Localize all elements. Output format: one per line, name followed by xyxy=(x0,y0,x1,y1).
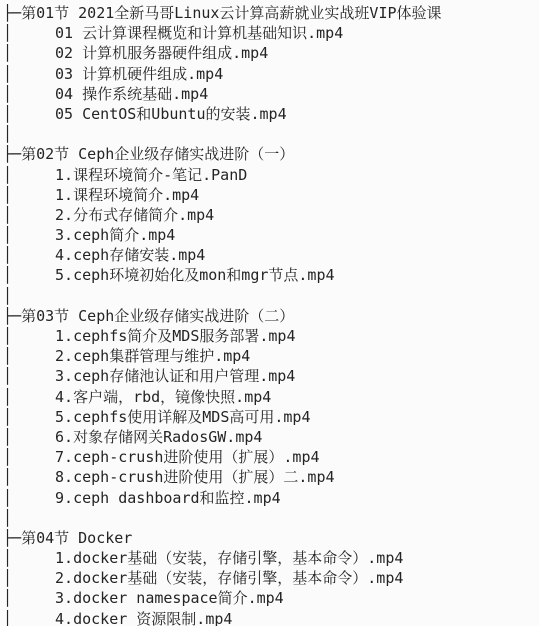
tree-vertical-icon: │ xyxy=(3,588,12,608)
file-name: 4.ceph存储安装.mp4 xyxy=(12,245,205,265)
tree-item: │7.ceph-crush进阶使用（扩展）.mp4 xyxy=(3,447,539,467)
tree-item: │1.cephfs简介及MDS服务部署.mp4 xyxy=(3,326,539,346)
tree-spacer: │ xyxy=(3,124,539,144)
tree-vertical-icon: │ xyxy=(3,124,12,144)
tree-branch-icon: ├─ xyxy=(3,144,21,164)
tree-vertical-icon: │ xyxy=(3,548,12,568)
tree-item: │05 CentOS和Ubuntu的安装.mp4 xyxy=(3,104,539,124)
file-name: 01 云计算课程概览和计算机基础知识.mp4 xyxy=(12,23,343,43)
tree-section-header: ├─第03节 Ceph企业级存储实战进阶（二） xyxy=(3,306,539,326)
tree-branch-icon: ├─ xyxy=(3,306,21,326)
tree-spacer: │ xyxy=(3,286,539,306)
tree-item: │03 计算机硬件组成.mp4 xyxy=(3,64,539,84)
file-name: 4.docker 资源限制.mp4 xyxy=(12,609,232,626)
tree-item: │4.客户端，rbd，镜像快照.mp4 xyxy=(3,387,539,407)
file-name: 2.ceph集群管理与维护.mp4 xyxy=(12,346,250,366)
file-name: 04 操作系统基础.mp4 xyxy=(12,84,208,104)
tree-vertical-icon: │ xyxy=(3,609,12,626)
section-label: 第03节 Ceph企业级存储实战进阶（二） xyxy=(21,306,294,326)
tree-vertical-icon: │ xyxy=(3,286,12,306)
tree-vertical-icon: │ xyxy=(3,346,12,366)
tree-item: │1.课程环境简介.mp4 xyxy=(3,185,539,205)
file-name: 1.课程环境简介-笔记.PanD xyxy=(12,165,247,185)
tree-vertical-icon: │ xyxy=(3,205,12,225)
tree-vertical-icon: │ xyxy=(3,104,12,124)
tree-item: │5.cephfs使用详解及MDS高可用.mp4 xyxy=(3,407,539,427)
tree-vertical-icon: │ xyxy=(3,265,12,285)
tree-vertical-icon: │ xyxy=(3,23,12,43)
tree-vertical-icon: │ xyxy=(3,508,12,528)
tree-vertical-icon: │ xyxy=(3,64,12,84)
file-name: 7.ceph-crush进阶使用（扩展）.mp4 xyxy=(12,447,320,467)
tree-item: │6.对象存储网关RadosGW.mp4 xyxy=(3,427,539,447)
file-name: 2.分布式存储简介.mp4 xyxy=(12,205,214,225)
file-name: 1.docker基础（安装，存储引擎，基本命令）.mp4 xyxy=(12,548,403,568)
file-name: 1.cephfs简介及MDS服务部署.mp4 xyxy=(12,326,295,346)
file-name: 03 计算机硬件组成.mp4 xyxy=(12,64,223,84)
tree-item: │4.ceph存储安装.mp4 xyxy=(3,245,539,265)
tree-item: │1.课程环境简介-笔记.PanD xyxy=(3,165,539,185)
tree-vertical-icon: │ xyxy=(3,568,12,588)
tree-section-header: ├─第02节 Ceph企业级存储实战进阶（一） xyxy=(3,144,539,164)
file-name: 3.ceph存储池认证和用户管理.mp4 xyxy=(12,366,295,386)
tree-item: │1.docker基础（安装，存储引擎，基本命令）.mp4 xyxy=(3,548,539,568)
tree-item: │04 操作系统基础.mp4 xyxy=(3,84,539,104)
tree-vertical-icon: │ xyxy=(3,245,12,265)
tree-item: │02 计算机服务器硬件组成.mp4 xyxy=(3,43,539,63)
tree-branch-icon: ├─ xyxy=(3,528,21,548)
file-name: 5.cephfs使用详解及MDS高可用.mp4 xyxy=(12,407,310,427)
tree-item: │3.docker namespace简介.mp4 xyxy=(3,588,539,608)
file-name: 02 计算机服务器硬件组成.mp4 xyxy=(12,43,268,63)
file-name: 4.客户端，rbd，镜像快照.mp4 xyxy=(12,387,271,407)
file-name: 6.对象存储网关RadosGW.mp4 xyxy=(12,427,262,447)
tree-item: │9.ceph dashboard和监控.mp4 xyxy=(3,488,539,508)
tree-item: │2.分布式存储简介.mp4 xyxy=(3,205,539,225)
file-name: 5.ceph环境初始化及mon和mgr节点.mp4 xyxy=(12,265,335,285)
tree-vertical-icon: │ xyxy=(3,165,12,185)
file-name: 2.docker基础（安装，存储引擎，基本命令）.mp4 xyxy=(12,568,403,588)
tree-item: │5.ceph环境初始化及mon和mgr节点.mp4 xyxy=(3,265,539,285)
tree-vertical-icon: │ xyxy=(3,43,12,63)
tree-item: │2.docker基础（安装，存储引擎，基本命令）.mp4 xyxy=(3,568,539,588)
tree-spacer: │ xyxy=(3,508,539,528)
file-name: 8.ceph-crush进阶使用（扩展）二.mp4 xyxy=(12,467,335,487)
file-name: 3.docker namespace简介.mp4 xyxy=(12,588,284,608)
file-name: 3.ceph简介.mp4 xyxy=(12,225,175,245)
tree-item: │3.ceph存储池认证和用户管理.mp4 xyxy=(3,366,539,386)
tree-item: │4.docker 资源限制.mp4 xyxy=(3,609,539,626)
section-label: 第04节 Docker xyxy=(21,528,132,548)
tree-vertical-icon: │ xyxy=(3,326,12,346)
tree-vertical-icon: │ xyxy=(3,366,12,386)
tree-section-header: ├─第01节 2021全新马哥Linux云计算高薪就业实战班VIP体验课 xyxy=(3,3,539,23)
tree-item: │2.ceph集群管理与维护.mp4 xyxy=(3,346,539,366)
file-name: 9.ceph dashboard和监控.mp4 xyxy=(12,488,281,508)
tree-vertical-icon: │ xyxy=(3,447,12,467)
tree-item: │8.ceph-crush进阶使用（扩展）二.mp4 xyxy=(3,467,539,487)
section-label: 第01节 2021全新马哥Linux云计算高薪就业实战班VIP体验课 xyxy=(21,3,441,23)
tree-vertical-icon: │ xyxy=(3,407,12,427)
file-name: 05 CentOS和Ubuntu的安装.mp4 xyxy=(12,104,287,124)
tree-vertical-icon: │ xyxy=(3,387,12,407)
tree-vertical-icon: │ xyxy=(3,488,12,508)
tree-vertical-icon: │ xyxy=(3,427,12,447)
tree-vertical-icon: │ xyxy=(3,225,12,245)
tree-vertical-icon: │ xyxy=(3,467,12,487)
tree-vertical-icon: │ xyxy=(3,84,12,104)
tree-branch-icon: ├─ xyxy=(3,3,21,23)
file-name: 1.课程环境简介.mp4 xyxy=(12,185,199,205)
course-file-tree: ├─第01节 2021全新马哥Linux云计算高薪就业实战班VIP体验课 │01… xyxy=(0,0,539,626)
tree-section-header: ├─第04节 Docker xyxy=(3,528,539,548)
tree-item: │01 云计算课程概览和计算机基础知识.mp4 xyxy=(3,23,539,43)
section-label: 第02节 Ceph企业级存储实战进阶（一） xyxy=(21,144,294,164)
tree-item: │3.ceph简介.mp4 xyxy=(3,225,539,245)
tree-vertical-icon: │ xyxy=(3,185,12,205)
